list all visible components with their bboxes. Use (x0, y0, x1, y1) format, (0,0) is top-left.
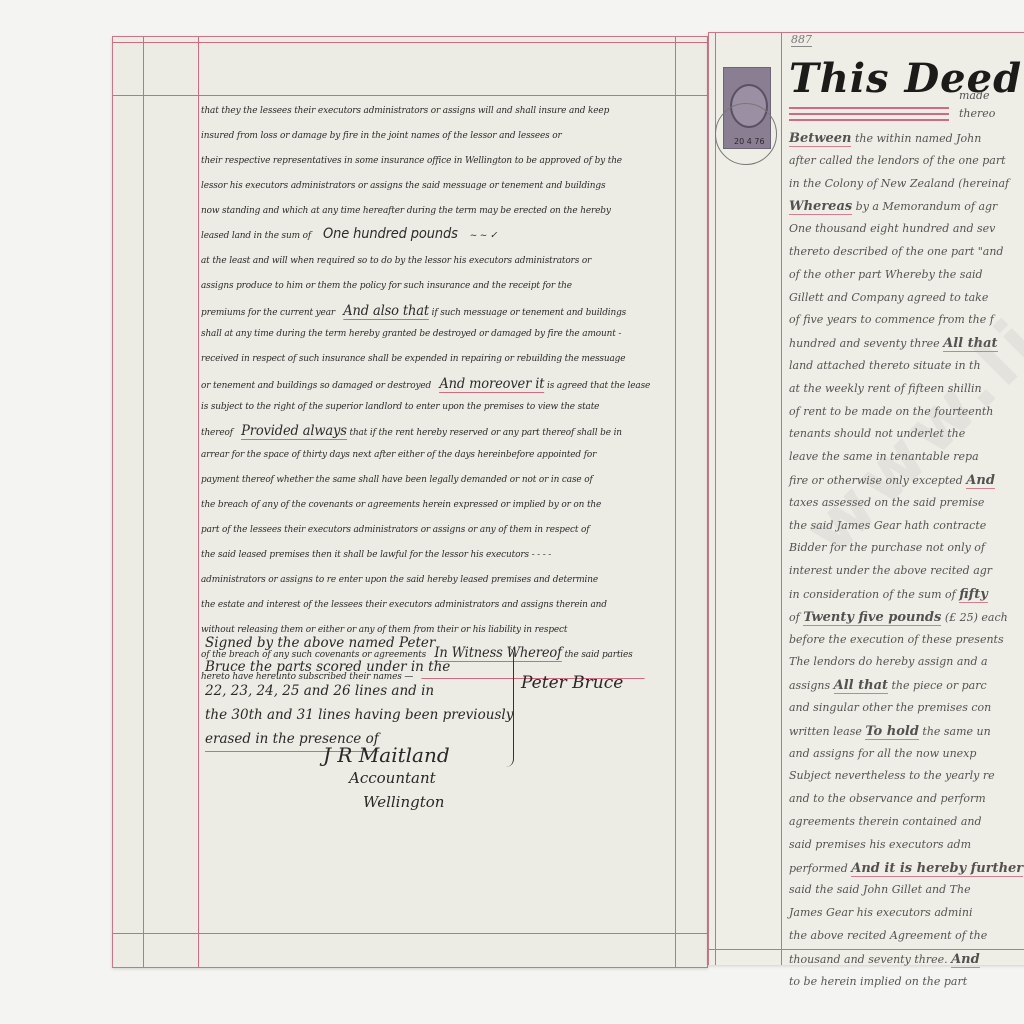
deed-line: of the other part Whereby the said (789, 268, 983, 281)
deed-line: administrators or assigns to re enter up… (201, 574, 598, 585)
deed-line: The lendors do hereby assign and a (789, 655, 988, 668)
right-page: 887 20 4 76 This Deed made thereo Betwee… (708, 32, 1024, 965)
clause-heading: And (951, 952, 980, 968)
deed-line: the said James Gear hath contracte (789, 519, 986, 532)
deed-text: by a Memorandum of agr (852, 200, 997, 213)
heading-rule (789, 107, 949, 109)
bottom-rule (709, 949, 1024, 950)
deed-line: in the Colony of New Zealand (hereinaf (789, 177, 1009, 190)
deed-text: is agreed that the lease (547, 380, 650, 391)
deed-text: written lease (789, 725, 865, 738)
margin-rule (198, 37, 199, 967)
heading-rule (789, 119, 949, 121)
deed-text: premiums for the current year (201, 307, 335, 318)
deed-text: in the Colony of New Zealand (hereinaf (789, 177, 1009, 190)
deed-text: said premises his executors adm (789, 838, 971, 851)
postmark-icon (715, 103, 777, 165)
deed-text: James Gear his executors admini (789, 906, 972, 919)
deed-line: that they the lessees their executors ad… (201, 105, 609, 116)
deed-text: and to the observance and perform (789, 792, 986, 805)
witness-signature: J R Maitland (323, 743, 450, 767)
deed-text: land attached thereto situate in th (789, 359, 981, 372)
deed-text: One thousand eight hundred and sev (789, 222, 995, 235)
witness-place: Wellington (363, 793, 444, 811)
deed-line: land attached thereto situate in th (789, 359, 981, 372)
deed-text: of the other part Whereby the said (789, 268, 983, 281)
deed-line: performed And it is hereby further (789, 861, 1023, 876)
deed-text: that if the rent hereby reserved or any … (349, 427, 621, 438)
clause-heading: Provided always (241, 423, 347, 440)
deed-line: insured from loss or damage by fire in t… (201, 130, 562, 141)
attestation-line: the 30th and 31 lines having been previo… (205, 703, 513, 727)
deed-text: leave the same in tenantable repa (789, 450, 979, 463)
margin-rule (715, 33, 716, 965)
heading-trailing: made (959, 89, 990, 102)
deed-text: taxes assessed on the said premise (789, 496, 984, 509)
folio-number: 887 (791, 33, 812, 47)
deed-text: Bidder for the purchase not only of (789, 541, 985, 554)
deed-line: said premises his executors adm (789, 838, 971, 851)
deed-line: payment thereof whether the same shall h… (201, 474, 593, 485)
heading-rule (789, 113, 949, 115)
clause-heading: And also that (343, 303, 429, 320)
deed-text: agreements therein contained and (789, 815, 982, 828)
attestation-line: Signed by the above named Peter (205, 631, 513, 655)
deed-text: hundred and seventy three (789, 337, 943, 350)
deed-line: and singular other the premises con (789, 701, 991, 714)
deed-line: their respective representatives in some… (201, 155, 622, 166)
clause-heading: And it is hereby further (851, 861, 1023, 877)
deed-text: and singular other the premises con (789, 701, 991, 714)
clause-heading: To hold (865, 724, 919, 740)
deed-line: at the least and will when required so t… (201, 255, 591, 266)
deed-line: and to the observance and perform (789, 792, 986, 805)
witness-occupation: Accountant (349, 769, 436, 787)
clause-heading: All that (943, 336, 997, 352)
deed-text: assigns (789, 679, 834, 692)
party-signature: Peter Bruce (521, 673, 623, 693)
deed-text: after called the lendors of the one part (789, 154, 1006, 167)
deed-text: the same un (919, 725, 991, 738)
deed-line: leave the same in tenantable repa (789, 450, 979, 463)
deed-line: agreements therein contained and (789, 815, 982, 828)
deed-text: interest under the above recited agr (789, 564, 992, 577)
deed-text: fire or otherwise only excepted (789, 474, 966, 487)
clause-heading: Between (789, 131, 851, 147)
deed-line: received in respect of such insurance sh… (201, 353, 625, 364)
left-page: that they the lessees their executors ad… (112, 36, 708, 968)
deed-text: of (789, 611, 803, 624)
deed-text: (£ 25) each (941, 611, 1007, 624)
deed-text: of rent to be made on the fourteenth (789, 405, 993, 418)
deed-line: arrear for the space of thirty days next… (201, 449, 596, 460)
deed-line: of five years to commence from the f (789, 313, 994, 326)
deed-line: in consideration of the sum of fifty (789, 587, 988, 602)
deed-line: Bidder for the purchase not only of (789, 541, 985, 554)
deed-line: before the execution of these presents (789, 633, 1004, 646)
deed-text: performed (789, 862, 851, 875)
deed-line: fire or otherwise only excepted And (789, 473, 995, 488)
deed-line: tenants should not underlet the (789, 427, 965, 440)
deed-line: written lease To hold the same un (789, 724, 991, 739)
deed-line: at the weekly rent of fifteen shillin (789, 382, 982, 395)
deed-text: leased land in the sum of (201, 230, 311, 241)
deed-text: and assigns for all the now unexp (789, 747, 976, 760)
deed-line: interest under the above recited agr (789, 564, 992, 577)
deed-line: the breach of any of the covenants or ag… (201, 499, 601, 510)
deed-line: leased land in the sum of One hundred po… (201, 226, 497, 242)
deed-text: tenants should not underlet the (789, 427, 965, 440)
brace (505, 647, 514, 767)
deed-line: part of the lessees their executors admi… (201, 524, 589, 535)
deed-text: of five years to commence from the f (789, 313, 994, 326)
deed-line: of rent to be made on the fourteenth (789, 405, 993, 418)
deed-line: shall at any time during the term hereby… (201, 328, 621, 339)
deed-line: Gillett and Company agreed to take (789, 291, 988, 304)
deed-line: taxes assessed on the said premise (789, 496, 984, 509)
deed-line: the said leased premises then it shall b… (201, 549, 551, 560)
deed-text: the said parties (564, 649, 632, 660)
clause-heading: Twenty five pounds (803, 610, 941, 626)
bottom-rule (113, 933, 707, 934)
deed-line: James Gear his executors admini (789, 906, 972, 919)
deed-line: Between the within named John (789, 131, 981, 146)
margin-rule (675, 37, 676, 967)
margin-rule (781, 33, 782, 965)
deed-line: and assigns for all the now unexp (789, 747, 976, 760)
top-rule (113, 95, 707, 96)
deed-text: before the execution of these presents (789, 633, 1004, 646)
deed-line: Subject nevertheless to the yearly re (789, 769, 995, 782)
deed-line: after called the lendors of the one part (789, 154, 1006, 167)
deed-line: thereof Provided always that if the rent… (201, 423, 622, 439)
deed-text: thereof (201, 427, 233, 438)
deed-line: thereto described of the one part "and (789, 245, 1003, 258)
clause-heading: And moreover it (439, 376, 544, 393)
deed-line: now standing and which at any time herea… (201, 205, 611, 216)
clause-heading: All that (834, 678, 888, 694)
deed-line: hundred and seventy three All that (789, 336, 998, 351)
deed-text: thereto described of the one part "and (789, 245, 1003, 258)
attestation-line: 22, 23, 24, 25 and 26 lines and in (205, 679, 513, 703)
deed-line: assigns All that the piece or parc (789, 678, 987, 693)
clause-heading: And (966, 473, 995, 489)
clause-heading: fifty (959, 587, 988, 603)
deed-line: lessor his executors administrators or a… (201, 180, 605, 191)
deed-text: the said James Gear hath contracte (789, 519, 986, 532)
deed-text: in consideration of the sum of (789, 588, 959, 601)
deed-line: said the said John Gillet and The (789, 883, 971, 896)
deed-line: the above recited Agreement of the (789, 929, 987, 942)
deed-text: or tenement and buildings so damaged or … (201, 380, 431, 391)
deed-line: Whereas by a Memorandum of agr (789, 199, 997, 214)
deed-line: or tenement and buildings so damaged or … (201, 376, 650, 392)
deed-line: thousand and seventy three. And (789, 952, 980, 967)
deed-text: the piece or parc (888, 679, 987, 692)
clause-heading: Whereas (789, 199, 852, 215)
deed-text: Gillett and Company agreed to take (789, 291, 988, 304)
deed-line: premiums for the current year And also t… (201, 303, 626, 319)
deed-line: the estate and interest of the lessees t… (201, 599, 607, 610)
deed-text: Subject nevertheless to the yearly re (789, 769, 995, 782)
deed-text: if such messuage or tenement and buildin… (432, 307, 626, 318)
deed-text: the within named John (851, 132, 981, 145)
deed-text: thousand and seventy three. (789, 953, 951, 966)
margin-rule (143, 37, 144, 967)
heading-trailing: thereo (959, 107, 995, 120)
deed-line: of Twenty five pounds (£ 25) each (789, 610, 1008, 625)
deed-text: said the said John Gillet and The (789, 883, 971, 896)
sum-amount: One hundred pounds (323, 226, 458, 242)
attestation-line: Bruce the parts scored under in the (205, 655, 513, 679)
deed-line: to be herein implied on the part (789, 975, 967, 988)
deed-line: assigns produce to him or them the polic… (201, 280, 572, 291)
deed-text: the above recited Agreement of the (789, 929, 987, 942)
deed-text: to be herein implied on the part (789, 975, 967, 988)
deed-text: at the weekly rent of fifteen shillin (789, 382, 982, 395)
attestation-clause: Signed by the above named Peter Bruce th… (205, 631, 513, 752)
deed-line: One thousand eight hundred and sev (789, 222, 995, 235)
deed-line: is subject to the right of the superior … (201, 401, 599, 412)
top-rule (113, 42, 707, 43)
deed-text: The lendors do hereby assign and a (789, 655, 988, 668)
